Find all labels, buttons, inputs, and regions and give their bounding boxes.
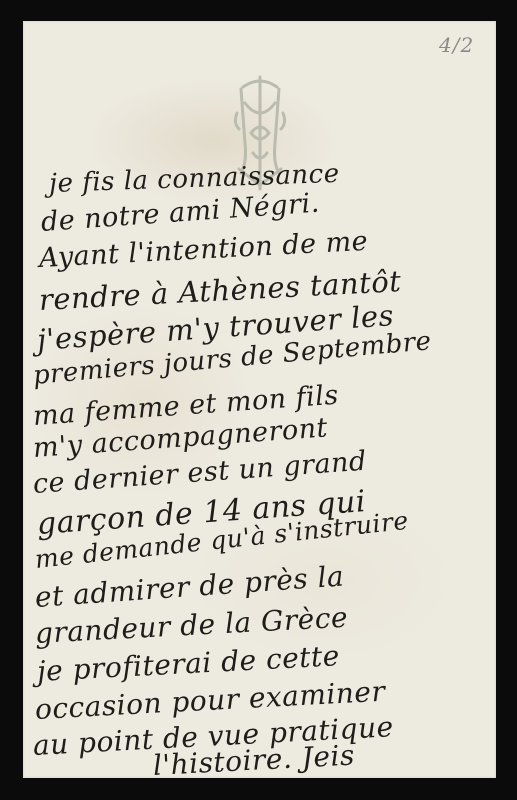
letter-page: 4/2 je fis la connaissance de notre ami …: [23, 21, 496, 778]
folio-number: 4/2: [439, 33, 474, 57]
scanned-letter: 4/2 je fis la connaissance de notre ami …: [0, 0, 517, 800]
